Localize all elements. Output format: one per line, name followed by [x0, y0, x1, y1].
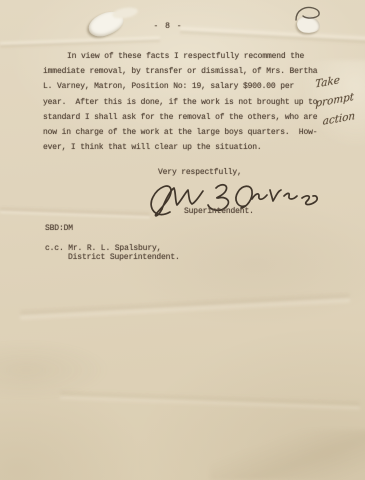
- closing-line: Very respectfully,: [158, 168, 242, 177]
- body-line: immediate removal, by transfer or dismis…: [43, 67, 317, 76]
- scanned-letter-page: - 8 - In view of these facts I respectfu…: [0, 0, 365, 480]
- body-line: L. Varney, Matron, Position No: 19, sala…: [43, 82, 294, 91]
- body-line: In view of these facts I respectfully re…: [43, 52, 304, 61]
- reference-initials: SBD:DM: [45, 224, 73, 233]
- body-line: standard I shall ask for the removal of …: [43, 113, 317, 122]
- body-line: now in charge of the work at the large b…: [43, 128, 317, 137]
- paper-crease: [20, 291, 350, 320]
- body-line: ever, I think that will clear up the sit…: [43, 143, 262, 152]
- paper-crease: [60, 390, 360, 410]
- paper-crease: [0, 35, 160, 49]
- cc-line-1: c.c. Mr. R. L. Spalsbury,: [45, 244, 161, 253]
- paper-tear-top-left-small: [111, 6, 138, 20]
- body-line: year. After this is done, if the work is…: [43, 98, 317, 107]
- cc-line-2: District Superintendent.: [68, 253, 180, 262]
- margin-note-handwriting: Take prompt action: [314, 65, 365, 132]
- paper-crease: [0, 205, 150, 219]
- signature-title: Superintendent.: [184, 207, 254, 216]
- paper-crease: [210, 430, 365, 480]
- paper-stain: [0, 340, 110, 400]
- page-number: - 8 -: [0, 22, 336, 31]
